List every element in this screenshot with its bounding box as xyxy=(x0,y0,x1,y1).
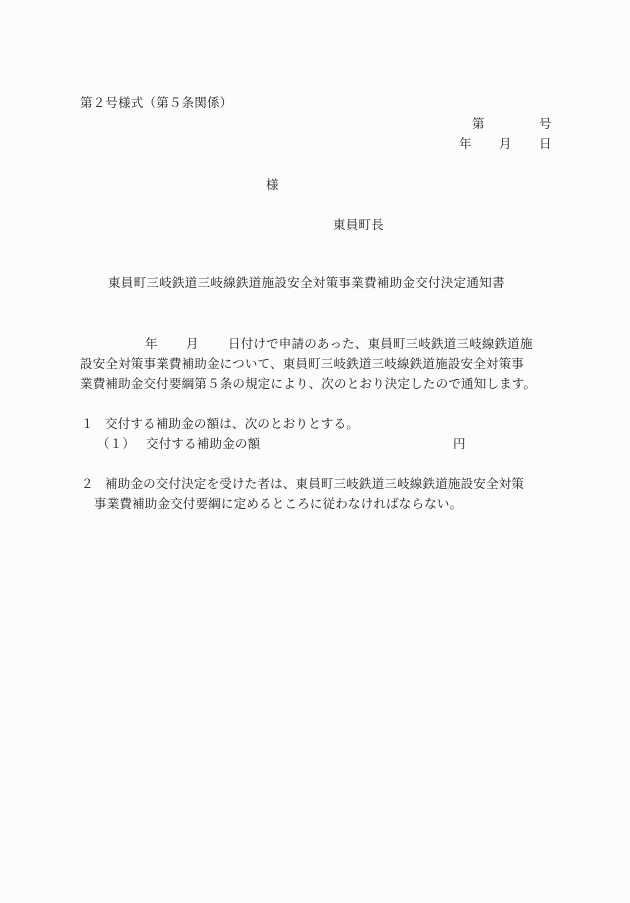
item-1-1-label: 交付する補助金の額 xyxy=(146,438,260,451)
item-1: １交付する補助金の額は、次のとおりとする。 xyxy=(81,418,359,431)
amount-unit-yen: 円 xyxy=(453,438,466,451)
item-2-number: ２ xyxy=(81,478,105,491)
body-month-label: 月 xyxy=(186,338,199,351)
item-1-text: 交付する補助金の額は、次のとおりとする。 xyxy=(105,416,359,431)
body-line-3: 業費補助金交付要綱第５条の規定により、次のとおり決定したので通知します。 xyxy=(80,378,536,391)
document-page: 第２号様式（第５条関係） 第 号 年 月 日 様 東員町長 東員町三岐鉄道三岐線… xyxy=(0,0,630,903)
body-line-1: 日付けで申請のあった、東員町三岐鉄道三岐線鉄道施 xyxy=(228,338,533,351)
item-1-1-number: （１） xyxy=(97,438,135,451)
item-2-text-line-2: 事業費補助金交付要綱に定めるところに従わなければならない。 xyxy=(94,498,462,511)
date-month-label: 月 xyxy=(499,138,512,151)
date-year-label: 年 xyxy=(459,138,472,151)
item-2-text-line-1: 補助金の交付決定を受けた者は、東員町三岐鉄道三岐線鉄道施設安全対策 xyxy=(105,476,524,491)
body-year-label: 年 xyxy=(145,338,158,351)
item-1-number: １ xyxy=(81,418,105,431)
document-title: 東員町三岐鉄道三岐線鉄道施設安全対策事業費補助金交付決定通知書 xyxy=(108,277,505,290)
doc-number-suffix: 号 xyxy=(539,118,552,131)
issuer-name: 東員町長 xyxy=(333,219,384,232)
item-2: ２補助金の交付決定を受けた者は、東員町三岐鉄道三岐線鉄道施設安全対策 xyxy=(81,478,524,491)
addressee-honorific: 様 xyxy=(266,179,279,192)
body-line-2: 設安全対策事業費補助金について、東員町三岐鉄道三岐線鉄道施設安全対策事 xyxy=(80,358,524,371)
form-number: 第２号様式（第５条関係） xyxy=(80,97,232,110)
doc-number-prefix: 第 xyxy=(472,118,485,131)
date-day-label: 日 xyxy=(539,138,552,151)
